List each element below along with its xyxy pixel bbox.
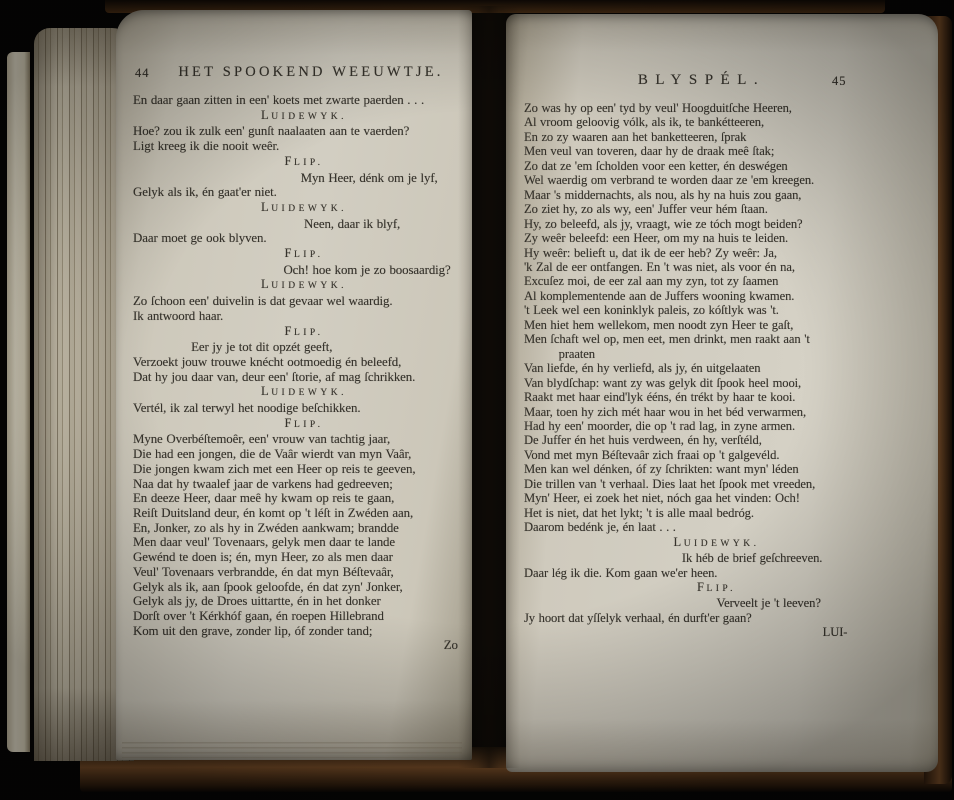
verse-line: En zo zy waaren aan het banketteeren, ſp… bbox=[524, 130, 909, 144]
verse-line: Ligt kreeg ik die nooit weêr. bbox=[133, 139, 475, 154]
speaker-name: FLIP. bbox=[133, 416, 475, 433]
verse-line: Men daar veul' Tovenaars, gelyk men daar… bbox=[133, 535, 475, 550]
verse-line: Het is niet, dat het lykt; 't is alle ma… bbox=[524, 506, 909, 520]
verse-line: En daar gaan zitten in een' koets met zw… bbox=[133, 93, 475, 108]
verse-line: Daarom bedénk je, én laat . . . bbox=[524, 520, 909, 534]
verse-line: Zo ziet hy, zo als wy, een' Juffer veur … bbox=[524, 202, 909, 216]
speaker-name: LUIDEWYK. bbox=[133, 384, 475, 401]
verse-line: Hy weêr: belieft u, dat ik de eer heb? Z… bbox=[524, 246, 909, 260]
verse-line: Had hy een' moorder, die op 't rad lag, … bbox=[524, 419, 909, 433]
speaker-name: FLIP. bbox=[133, 324, 475, 341]
verse-line: Naa dat hy twaalef jaar de varkens had g… bbox=[133, 477, 475, 492]
verse-line: 't Leek wel een koninklyk paleis, zo kóſ… bbox=[524, 303, 909, 317]
verse-line: En, Jonker, zo als hy in Zwéden aankwam;… bbox=[133, 521, 475, 536]
catchword: Zo bbox=[133, 638, 475, 653]
verse-line: Zo dat ze 'em ſcholden voor een ketter, … bbox=[524, 159, 909, 173]
verse-line: Men kan wel dénken, óf zy ſchrikten: wan… bbox=[524, 462, 909, 476]
verse-half-line: Myn Heer, dénk om je lyf, bbox=[133, 171, 475, 186]
verse-line: Hoe? zou ik zulk een' gunſt naalaaten aa… bbox=[133, 124, 475, 139]
right-page-lines: Zo was hy op een' tyd by veul' Hoogduitſ… bbox=[524, 101, 909, 640]
verse-line: Die jongen kwam zich met een Heer op rei… bbox=[133, 462, 475, 477]
verse-half-line: praaten bbox=[524, 347, 909, 361]
left-page-number: 44 bbox=[135, 66, 150, 81]
verse-half-line: Och! hoe kom je zo boosaardig? bbox=[133, 263, 475, 278]
verse-line: En deeze Heer, daar meê hy kwam op reis … bbox=[133, 491, 475, 506]
verse-line: Verzoekt jouw trouwe knécht ootmoedig én… bbox=[133, 355, 475, 370]
left-page-lines: En daar gaan zitten in een' koets met zw… bbox=[133, 93, 475, 653]
verse-line: Dorſt over 't Kérkhóf gaan, én roepen Hi… bbox=[133, 609, 475, 624]
verse-line: Zo ſchoon een' duivelin is dat gevaar we… bbox=[133, 294, 475, 309]
right-page-number: 45 bbox=[832, 74, 847, 89]
verse-line: Excuſez moi, de eer zal aan my zyn, tot … bbox=[524, 274, 909, 288]
verse-line: Gewénd te doen is; én, myn Heer, zo als … bbox=[133, 550, 475, 565]
verse-line: Ik antwoord haar. bbox=[133, 309, 475, 324]
speaker-name: LUIDEWYK. bbox=[524, 535, 909, 551]
verse-line: 'k Zal de eer ontfangen. En 't was niet,… bbox=[524, 260, 909, 274]
verse-line: Raakt met haar eind'lyk ééns, én trékt b… bbox=[524, 390, 909, 404]
verse-line: Men ſchaft wel op, men eet, men drinkt, … bbox=[524, 332, 909, 346]
verse-half-line: Ik héb de brief geſchreeven. bbox=[524, 551, 909, 565]
left-page-text: 44 HET SPOOKEND WEEUWTJE. En daar gaan z… bbox=[133, 64, 475, 653]
verse-line: Maar, toen hy zich mét haar wou in het b… bbox=[524, 405, 909, 419]
verse-line: Myn' Heer, ei zoek het niet, nóch gaa he… bbox=[524, 491, 909, 505]
verse-line: Die trillen van 't verhaal. Dies laat he… bbox=[524, 477, 909, 491]
speaker-name: FLIP. bbox=[524, 580, 909, 596]
verse-line: Die had een jongen, die de Vaâr wierdt v… bbox=[133, 447, 475, 462]
verse-line: Vertél, ik zal terwyl het noodige beſchi… bbox=[133, 401, 475, 416]
book-photo: 44 HET SPOOKEND WEEUWTJE. En daar gaan z… bbox=[0, 0, 954, 800]
right-page-header: BLYSPÉL. 45 bbox=[524, 72, 909, 96]
verse-line: Al komplementende aan de Juffers wooning… bbox=[524, 289, 909, 303]
verse-line: Wel waerdig om verbrand te worden daar z… bbox=[524, 173, 909, 187]
verse-line: De Juffer én het huis verdween, én hy, v… bbox=[524, 433, 909, 447]
fore-edge-outer-leaf bbox=[7, 52, 30, 752]
verse-line: Daar lég ik die. Kom gaan we'er heen. bbox=[524, 566, 909, 580]
verse-line: Jy hoort dat yſſelyk verhaal, én durft'e… bbox=[524, 611, 909, 625]
verse-line: Zy weêr beleefd: een Heer, om my na huis… bbox=[524, 231, 909, 245]
speaker-name: FLIP. bbox=[133, 154, 475, 171]
right-page-text: BLYSPÉL. 45 Zo was hy op een' tyd by veu… bbox=[524, 72, 909, 640]
verse-line: Men hiet hem wellekom, men noodt zyn Hee… bbox=[524, 318, 909, 332]
left-page-bottom-edges bbox=[122, 742, 462, 758]
speaker-name: FLIP. bbox=[133, 246, 475, 263]
verse-line: Hy, zo beleefd, als jy, vraagt, wie ze t… bbox=[524, 217, 909, 231]
left-page-header: 44 HET SPOOKEND WEEUWTJE. bbox=[133, 64, 475, 88]
verse-line: Gelyk als ik, aan ſpook geloofde, én dat… bbox=[133, 580, 475, 595]
speaker-name: LUIDEWYK. bbox=[133, 200, 475, 217]
verse-line: Men veul van toveren, daar hy de draak m… bbox=[524, 144, 909, 158]
catchword: LUI- bbox=[524, 625, 909, 639]
verse-line: Gelyk als jy, de Droes uittartte, én in … bbox=[133, 594, 475, 609]
verse-half-line: Neen, daar ik blyf, bbox=[133, 217, 475, 232]
speaker-name: LUIDEWYK. bbox=[133, 108, 475, 125]
verse-half-line: Eer jy je tot dit opzét geeft, bbox=[133, 340, 475, 355]
verse-line: Al vroom geloovig vólk, als ik, te banké… bbox=[524, 115, 909, 129]
verse-line: Gelyk als ik, én gaat'er niet. bbox=[133, 185, 475, 200]
verse-line: Vond met myn Béſtevaâr zich fraai op 't … bbox=[524, 448, 909, 462]
left-running-title: HET SPOOKEND WEEUWTJE. bbox=[133, 64, 475, 81]
speaker-name: LUIDEWYK. bbox=[133, 277, 475, 294]
verse-line: Van blydſchap: want zy was gelyk dit ſpo… bbox=[524, 376, 909, 390]
verse-line: Veul' Tovenaars verbrandde, én dat myn B… bbox=[133, 565, 475, 580]
verse-half-line: Verveelt je 't leeven? bbox=[524, 596, 909, 610]
verse-line: Kom uit den grave, zonder lip, óf zonder… bbox=[133, 624, 475, 639]
verse-line: Reiſt Duitsland deur, én komt op 't léſt… bbox=[133, 506, 475, 521]
verse-line: Zo was hy op een' tyd by veul' Hoogduitſ… bbox=[524, 101, 909, 115]
verse-line: Daar moet ge ook blyven. bbox=[133, 231, 475, 246]
verse-line: Myne Overbéſtemoêr, een' vrouw van tacht… bbox=[133, 432, 475, 447]
right-running-title: BLYSPÉL. bbox=[524, 72, 909, 89]
verse-line: Maar 's middernachts, als nou, als hy na… bbox=[524, 188, 909, 202]
verse-line: Van liefde, én hy verliefd, als jy, én u… bbox=[524, 361, 909, 375]
verse-line: Dat hy jou daar van, deur een' ſtorie, a… bbox=[133, 370, 475, 385]
